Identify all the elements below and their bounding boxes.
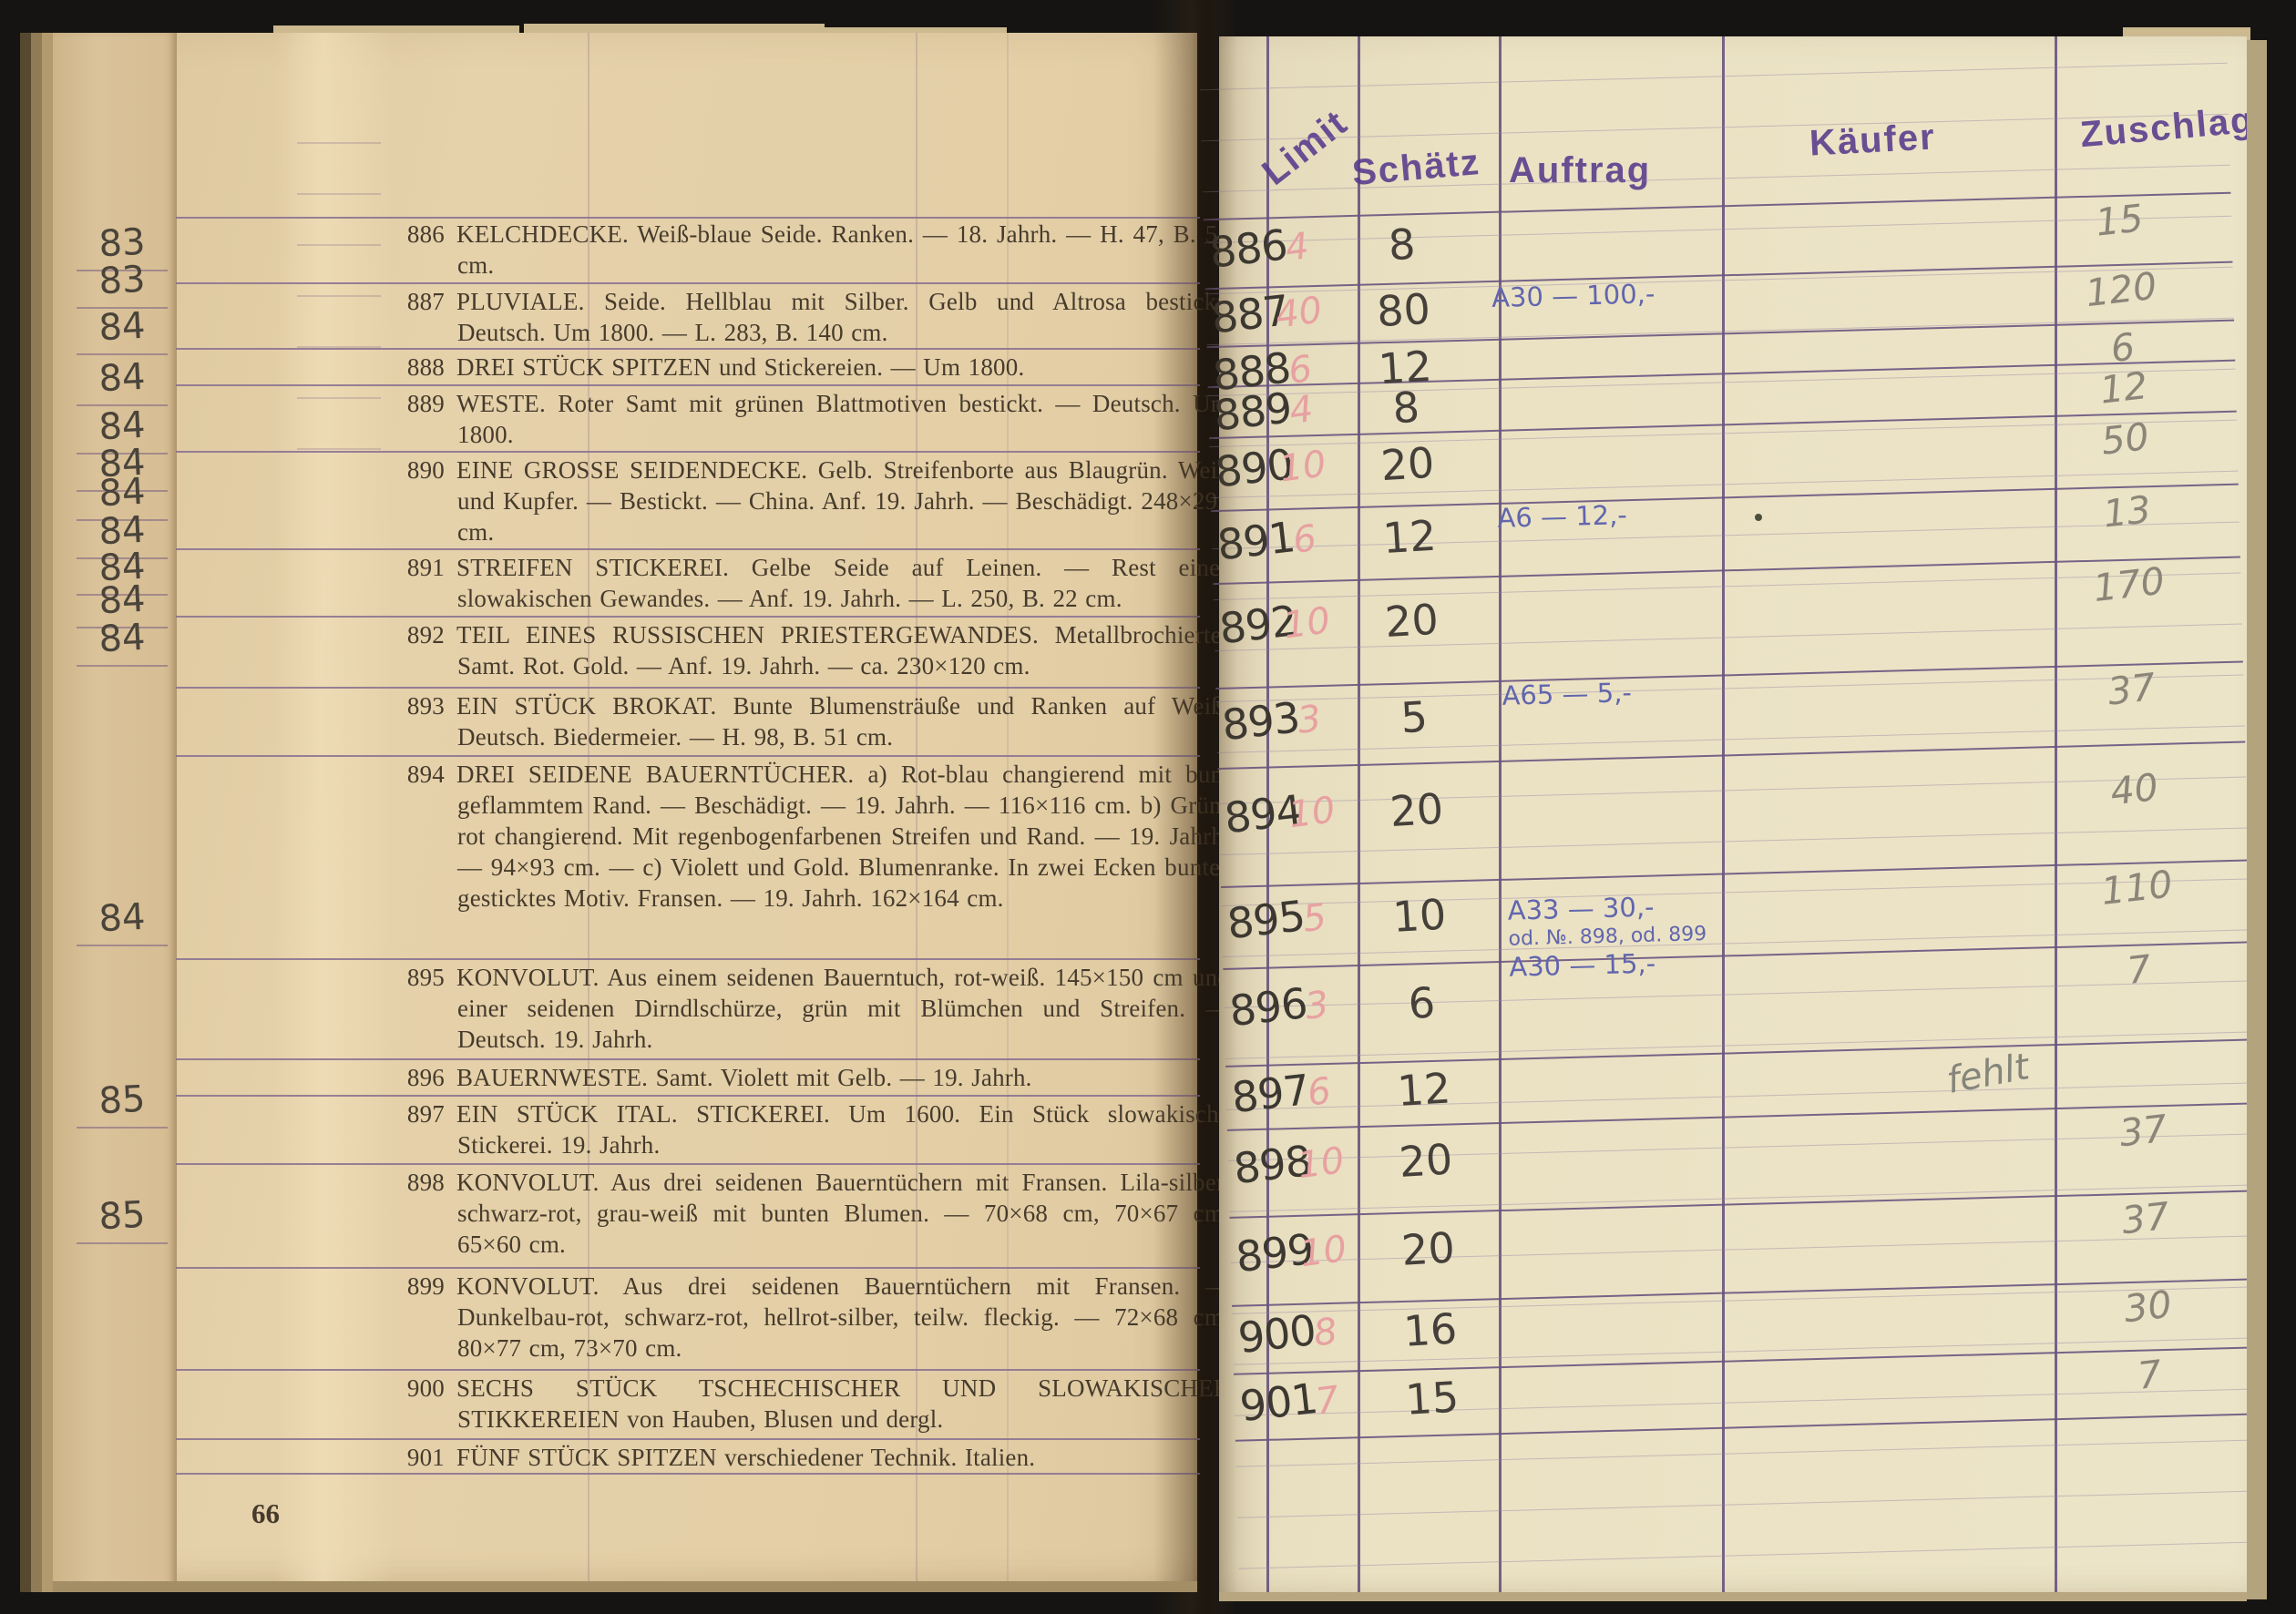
ledger-auftrag-note: A6 — 12,- — [1497, 499, 1712, 533]
book-spread: 8383848484848484848484848585 886KELCHDEC… — [0, 0, 2296, 1614]
entry-description: KONVOLUT. Aus einem seidenen Bauerntuch,… — [456, 964, 1230, 1053]
rule-line — [297, 193, 381, 195]
ledger-zuschlag-value: 110 — [2062, 858, 2211, 918]
previous-page-margin-strip: 8383848484848484848484848585 — [53, 33, 177, 1592]
book-fore-edge — [31, 33, 42, 1592]
margin-handwritten-number: 84 — [81, 304, 163, 351]
entry-description: FÜNF STÜCK SPITZEN verschiedener Technik… — [456, 1444, 1035, 1471]
ledger-zuschlag-value: 13 — [2052, 482, 2201, 542]
page-bottom-edge — [1219, 1592, 2247, 1601]
ledger-zuschlag-value: 30 — [2073, 1277, 2222, 1337]
ledger-auftrag-note: A30 — 100,- — [1491, 279, 1707, 312]
ink-dot — [1755, 514, 1762, 521]
entry-description: EIN STÜCK ITAL. STICKEREI. Um 1600. Ein … — [456, 1100, 1230, 1159]
book-gutter-shadow — [1153, 0, 1237, 1614]
ledger-light-rule — [1237, 1490, 2265, 1518]
ledger-light-rule — [1236, 1439, 2264, 1467]
ledger-schaetz-value: 8 — [1341, 217, 1462, 273]
entry-description: PLUVIALE. Seide. Hellblau mit Silber. Ge… — [456, 288, 1230, 346]
book-fore-edge — [42, 33, 53, 1592]
catalog-entry: 894DREI SEIDENE BAUERNTÜCHER. a) Rot-bla… — [176, 757, 1200, 960]
ledger-zuschlag-value: 120 — [2046, 260, 2196, 320]
catalog-entry: 891STREIFEN STICKEREI. Gelbe Seide auf L… — [176, 550, 1200, 618]
ledger-schaetz-value: 5 — [1354, 689, 1475, 745]
lot-number: 897 — [392, 1098, 445, 1129]
ledger-zuschlag-value: 7 — [2075, 1345, 2224, 1405]
entry-description: KELCHDECKE. Weiß-blaue Seide. Ranken. — … — [456, 220, 1230, 279]
entry-description: EIN STÜCK BROKAT. Bunte Blumensträuße un… — [456, 692, 1230, 751]
ledger-zuschlag-value: 37 — [2071, 1189, 2220, 1249]
entry-description: TEIL EINES RUSSISCHEN PRIESTERGEWANDES. … — [456, 621, 1230, 679]
lot-number: 892 — [392, 619, 445, 650]
ledger-schaetz-value: 6 — [1361, 975, 1482, 1031]
lot-number: 895 — [392, 962, 445, 993]
margin-handwritten-number: 84 — [81, 895, 163, 942]
ledger-schaetz-value: 80 — [1343, 282, 1464, 339]
ledger-schaetz-value: 12 — [1348, 509, 1470, 566]
ledger-schaetz-value: 10 — [1358, 887, 1480, 944]
catalog-entry: 896BAUERNWESTE. Samt. Violett mit Gelb. … — [176, 1060, 1200, 1097]
ledger-schaetz-value: 16 — [1369, 1302, 1491, 1358]
catalog-entry: 886KELCHDECKE. Weiß-blaue Seide. Ranken.… — [176, 217, 1200, 284]
lot-number: 898 — [392, 1167, 445, 1198]
entry-description: BAUERNWESTE. Samt. Violett mit Gelb. — 1… — [456, 1064, 1032, 1091]
lot-number: 889 — [392, 388, 445, 419]
lot-number: 899 — [392, 1271, 445, 1302]
catalog-entry: 901FÜNF STÜCK SPITZEN verschiedener Tech… — [176, 1440, 1200, 1475]
catalog-entry: 888DREI STÜCK SPITZEN und Stickereien. —… — [176, 350, 1200, 386]
left-page-catalog: 8383848484848484848484848585 886KELCHDEC… — [53, 33, 1197, 1592]
page-number: 66 — [251, 1497, 280, 1530]
ledger-auftrag-note: A65 — 5,- — [1502, 677, 1717, 710]
ledger-auftrag-note-line: A30 — 15,- — [1509, 947, 1728, 981]
rule-line — [297, 142, 381, 144]
entry-description: DREI STÜCK SPITZEN und Stickereien. — Um… — [456, 353, 1024, 381]
entry-description: STREIFEN STICKEREI. Gelbe Seide auf Lein… — [456, 554, 1230, 612]
rule-line — [77, 665, 168, 667]
ledger-schaetz-value: 20 — [1347, 436, 1468, 493]
book-fore-edge — [20, 33, 31, 1592]
entry-description: WESTE. Roter Samt mit grünen Blattmotive… — [456, 390, 1230, 448]
right-page-ledger: Limit Schätz Auftrag Käufer Zuschlag 886… — [1219, 36, 2247, 1599]
entry-description: DREI SEIDENE BAUERNTÜCHER. a) Rot-blau c… — [456, 761, 1230, 912]
ledger-row-rule — [1218, 741, 2246, 770]
rule-line — [77, 945, 168, 946]
catalog-entry: 893EIN STÜCK BROKAT. Bunte Blumensträuße… — [176, 689, 1200, 757]
margin-handwritten-number: 85 — [81, 1078, 163, 1124]
ledger-light-rule — [1202, 114, 2229, 142]
ledger-schaetz-value: 20 — [1368, 1221, 1489, 1277]
ledger-schaetz-value: 15 — [1371, 1370, 1492, 1426]
lot-number: 890 — [392, 455, 445, 485]
catalog-entry: 895KONVOLUT. Aus einem seidenen Bauerntu… — [176, 960, 1200, 1060]
catalog-entry: 898KONVOLUT. Aus drei seidenen Bauerntüc… — [176, 1165, 1200, 1269]
rule-line — [77, 1242, 168, 1244]
ledger-zuschlag-value: 37 — [2068, 1101, 2218, 1161]
entry-description: SECHS STÜCK TSCHECHISCHER UND SLOWAKISCH… — [456, 1374, 1230, 1433]
ledger-schaetz-value: 20 — [1365, 1132, 1486, 1189]
catalog-entry: 899KONVOLUT. Aus drei seidenen Bauerntüc… — [176, 1269, 1200, 1371]
ledger-grid: 88648158874080A30 — 100,-120888612688948… — [1199, 10, 2268, 1599]
ledger-schaetz-value: 12 — [1363, 1061, 1484, 1118]
margin-handwritten-number: 84 — [81, 355, 163, 402]
catalog-entry: 892TEIL EINES RUSSISCHEN PRIESTERGEWANDE… — [176, 618, 1200, 689]
lot-number: 888 — [392, 352, 445, 383]
ledger-schaetz-value: 20 — [1356, 781, 1477, 838]
lot-number: 886 — [392, 219, 445, 250]
catalog-entry: 887PLUVIALE. Seide. Hellblau mit Silber.… — [176, 284, 1200, 350]
lot-number: 894 — [392, 759, 445, 790]
lot-number: 896 — [392, 1062, 445, 1093]
margin-handwritten-number: 84 — [81, 616, 163, 662]
ledger-light-rule — [1200, 63, 2228, 91]
margin-handwritten-number: 83 — [81, 258, 163, 304]
ledger-schaetz-value: 8 — [1346, 380, 1467, 436]
lot-number: 893 — [392, 690, 445, 721]
ledger-zuschlag-value: 15 — [2045, 190, 2194, 250]
book-fore-edge — [2247, 40, 2267, 1599]
ledger-light-rule — [1239, 1541, 2267, 1569]
margin-handwritten-number: 85 — [81, 1193, 163, 1240]
lot-number: 901 — [392, 1442, 445, 1473]
ledger-schaetz-value: 20 — [1351, 592, 1472, 649]
entry-description: EINE GROSSE SEIDENDECKE. Gelb. Streifenb… — [456, 456, 1230, 546]
lot-number: 900 — [392, 1373, 445, 1404]
ledger-zuschlag-value: 170 — [2054, 555, 2203, 615]
catalog-entry: 889WESTE. Roter Samt mit grünen Blattmot… — [176, 386, 1200, 453]
entry-description: KONVOLUT. Aus drei seidenen Bauerntücher… — [456, 1169, 1230, 1258]
ledger-zuschlag-value: 37 — [2056, 659, 2206, 720]
lot-number: 887 — [392, 286, 445, 317]
catalog-entry: 890EINE GROSSE SEIDENDECKE. Gelb. Streif… — [176, 453, 1200, 550]
ledger-zuschlag-value: 7 — [2065, 940, 2214, 1000]
lot-number: 891 — [392, 552, 445, 583]
ledger-zuschlag-value: 50 — [2050, 409, 2199, 469]
rule-line — [77, 1127, 168, 1129]
page-bottom-edge — [53, 1581, 1197, 1592]
ledger-auftrag-note: A33 — 30,-od. №. 898, od. 899A30 — 15,- — [1507, 891, 1727, 981]
ledger-zuschlag-value: 40 — [2059, 760, 2209, 820]
entry-description: KONVOLUT. Aus drei seidenen Bauerntücher… — [456, 1272, 1230, 1362]
catalog-entry: 900SECHS STÜCK TSCHECHISCHER UND SLOWAKI… — [176, 1371, 1200, 1440]
catalog-entry: 897EIN STÜCK ITAL. STICKEREI. Um 1600. E… — [176, 1097, 1200, 1165]
ledger-light-rule — [1203, 165, 2230, 193]
